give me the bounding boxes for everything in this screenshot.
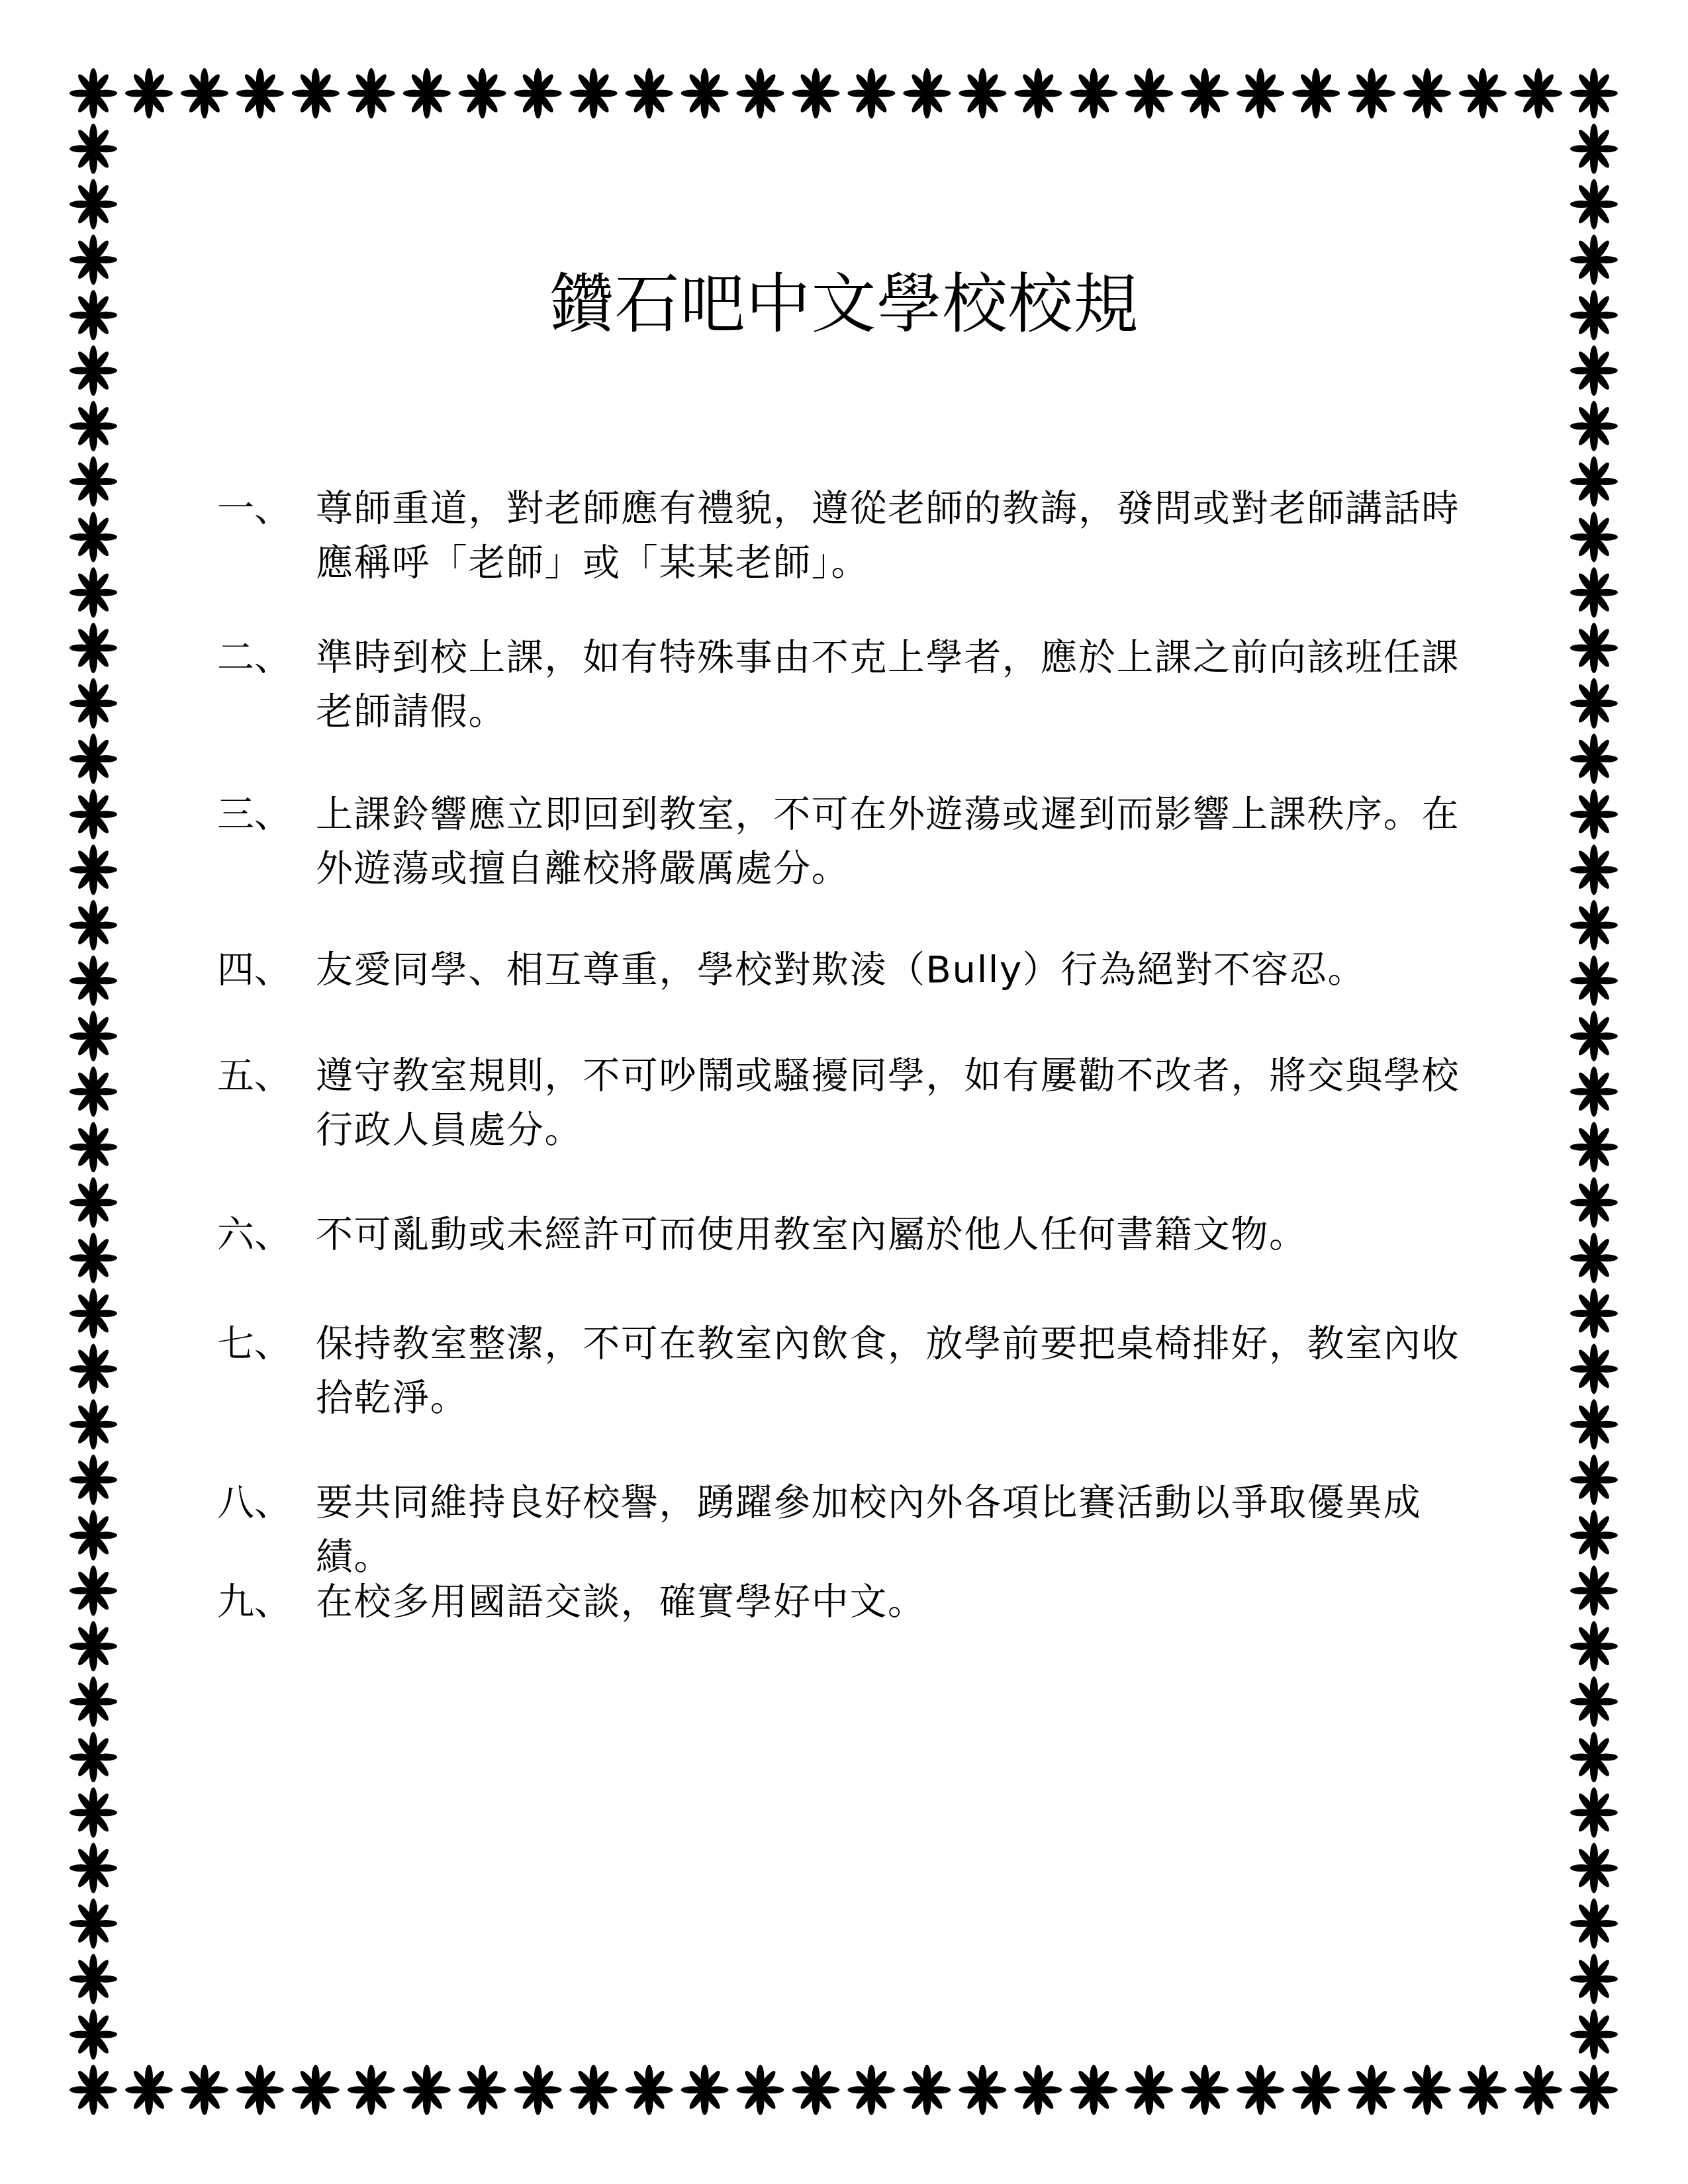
flower-icon [70, 401, 117, 451]
flower-icon [70, 956, 117, 1006]
flower-icon [792, 2065, 840, 2115]
flower-icon [1570, 844, 1618, 895]
flower-icon [1515, 2065, 1562, 2115]
flower-icon [1570, 1788, 1618, 1838]
flower-icon [737, 68, 784, 118]
flower-icon [570, 68, 618, 118]
flower-icon [70, 1399, 117, 1449]
flower-icon [1348, 68, 1395, 118]
flower-icon [1570, 623, 1618, 673]
rule-number: 四、 [217, 943, 291, 997]
flower-icon [1570, 457, 1618, 507]
rule-text: 在校多用國語交談，確實學好中文。 [316, 1575, 1487, 1629]
flower-icon [70, 68, 117, 118]
flower-icon [70, 734, 117, 784]
flower-icon [1125, 2065, 1173, 2115]
flower-icon [681, 68, 729, 118]
flower-icon [1570, 1621, 1618, 1671]
flower-icon [292, 2065, 340, 2115]
flower-icon [70, 1343, 117, 1394]
flower-icon [1570, 1455, 1618, 1505]
flower-icon [792, 68, 840, 118]
flower-icon [626, 2065, 673, 2115]
flower-icon [737, 2065, 784, 2115]
flower-icon [1237, 2065, 1284, 2115]
flower-icon [459, 68, 506, 118]
flower-icon [70, 789, 117, 839]
flower-icon [1459, 2065, 1507, 2115]
flower-icon [1292, 68, 1340, 118]
rule-number: 三、 [217, 788, 291, 842]
flower-icon [1570, 2009, 1618, 2060]
flower-icon [70, 1843, 117, 1893]
flower-icon [70, 1898, 117, 1948]
rule-number: 六、 [217, 1208, 291, 1262]
flower-icon [70, 1788, 117, 1838]
flower-icon [1070, 68, 1117, 118]
flower-icon [1570, 1399, 1618, 1449]
flower-icon [847, 2065, 895, 2115]
flower-icon [1570, 1011, 1618, 1062]
flower-icon [70, 844, 117, 895]
flower-icon [70, 1289, 117, 1339]
flower-icon [1459, 68, 1507, 118]
page-title: 鑽石吧中文學校校規 [0, 265, 1688, 344]
flower-icon [403, 68, 451, 118]
rule-number: 八、 [217, 1476, 291, 1530]
flower-icon [1570, 401, 1618, 451]
rule-number: 五、 [217, 1049, 291, 1103]
flower-icon [903, 2065, 951, 2115]
flower-icon [1014, 2065, 1062, 2115]
flower-icon [1292, 2065, 1340, 2115]
flower-icon [1515, 68, 1562, 118]
rule-number: 七、 [217, 1317, 291, 1371]
flower-icon [70, 1676, 117, 1727]
flower-icon [70, 678, 117, 729]
flower-icon [1570, 1676, 1618, 1727]
flower-icon [1570, 1289, 1618, 1339]
rule-number: 一、 [217, 482, 291, 536]
rule-text: 遵守教室規則，不可吵鬧或騷擾同學，如有屢勸不改者，將交與學校行政人員處分。 [316, 1049, 1487, 1158]
flower-icon [348, 2065, 395, 2115]
flower-icon [1570, 345, 1618, 396]
flower-icon [1570, 1122, 1618, 1172]
rule-text: 尊師重道，對老師應有禮貌，遵從老師的教誨，發問或對老師講話時應稱呼「老師」或「某… [316, 482, 1487, 590]
flower-icon [1570, 1343, 1618, 1394]
flower-icon [1181, 2065, 1229, 2115]
flower-icon [1570, 1843, 1618, 1893]
flower-icon [70, 1122, 117, 1172]
flower-icon [236, 2065, 284, 2115]
flower-icon [70, 512, 117, 562]
flower-icon [570, 2065, 618, 2115]
flower-icon [459, 2065, 506, 2115]
flower-icon [1570, 1177, 1618, 1228]
flower-icon [1570, 1066, 1618, 1116]
rule-text: 不可亂動或未經許可而使用教室內屬於他人任何書籍文物。 [316, 1208, 1487, 1262]
flower-icon [1570, 1898, 1618, 1948]
flower-icon [70, 457, 117, 507]
flower-icon [70, 1510, 117, 1561]
flower-icon [70, 623, 117, 673]
flower-icon [626, 68, 673, 118]
rule-text: 保持教室整潔，不可在教室內飲食，放學前要把桌椅排好，教室內收拾乾淨。 [316, 1317, 1487, 1426]
flower-icon [403, 2065, 451, 2115]
flower-icon [70, 1954, 117, 2004]
flower-icon [70, 567, 117, 617]
flower-icon [1403, 68, 1451, 118]
flower-icon [1570, 567, 1618, 617]
flower-icon [70, 1011, 117, 1062]
flower-icon [70, 124, 117, 174]
flower-icon [181, 68, 228, 118]
flower-icon [1570, 1954, 1618, 2004]
flower-icon [1570, 678, 1618, 729]
flower-icon [125, 2065, 173, 2115]
flower-icon [70, 900, 117, 950]
flower-icon [70, 179, 117, 230]
flower-icon [348, 68, 395, 118]
flower-icon [70, 2009, 117, 2060]
flower-icon [959, 68, 1006, 118]
rule-text: 準時到校上課，如有特殊事由不克上學者，應於上課之前向該班任課老師請假。 [316, 631, 1487, 739]
flower-icon [70, 2065, 117, 2115]
flower-icon [1070, 2065, 1117, 2115]
flower-icon [1570, 124, 1618, 174]
flower-icon [1570, 956, 1618, 1006]
flower-icon [1570, 2065, 1618, 2115]
flower-icon [70, 1566, 117, 1616]
rule-number: 九、 [217, 1575, 291, 1629]
flower-icon [1570, 179, 1618, 230]
flower-icon [292, 68, 340, 118]
flower-icon [514, 2065, 562, 2115]
flower-icon [1570, 68, 1618, 118]
flower-icon [236, 68, 284, 118]
flower-icon [903, 68, 951, 118]
flower-icon [1181, 68, 1229, 118]
flower-icon [959, 2065, 1006, 2115]
flower-icon [1570, 1732, 1618, 1782]
flower-icon [1570, 789, 1618, 839]
flower-icon [1570, 900, 1618, 950]
flower-icon [1348, 2065, 1395, 2115]
flower-icon [70, 1233, 117, 1283]
flower-icon [125, 68, 173, 118]
flower-icon [514, 68, 562, 118]
rule-text: 要共同維持良好校譽，踴躍參加校內外各項比賽活動以爭取優異成績。 [316, 1476, 1487, 1584]
flower-icon [1237, 68, 1284, 118]
flower-icon [70, 1455, 117, 1505]
flower-icon [70, 1177, 117, 1228]
rule-text: 上課鈴響應立即回到教室，不可在外遊蕩或遲到而影響上課秩序。在外遊蕩或擅自離校將嚴… [316, 788, 1487, 896]
flower-icon [681, 2065, 729, 2115]
flower-icon [1403, 2065, 1451, 2115]
flower-icon [1570, 1233, 1618, 1283]
rule-text: 友愛同學、相互尊重，學校對欺淩（Bully）行為絕對不容忍。 [316, 943, 1487, 997]
flower-icon [1125, 68, 1173, 118]
flower-icon [1014, 68, 1062, 118]
flower-icon [70, 1621, 117, 1671]
flower-icon [70, 1732, 117, 1782]
flower-icon [1570, 1510, 1618, 1561]
flower-icon [70, 345, 117, 396]
flower-icon [847, 68, 895, 118]
flower-icon [70, 1066, 117, 1116]
rule-number: 二、 [217, 631, 291, 685]
flower-icon [1570, 1566, 1618, 1616]
flower-icon [181, 2065, 228, 2115]
flower-icon [1570, 512, 1618, 562]
flower-icon [1570, 734, 1618, 784]
